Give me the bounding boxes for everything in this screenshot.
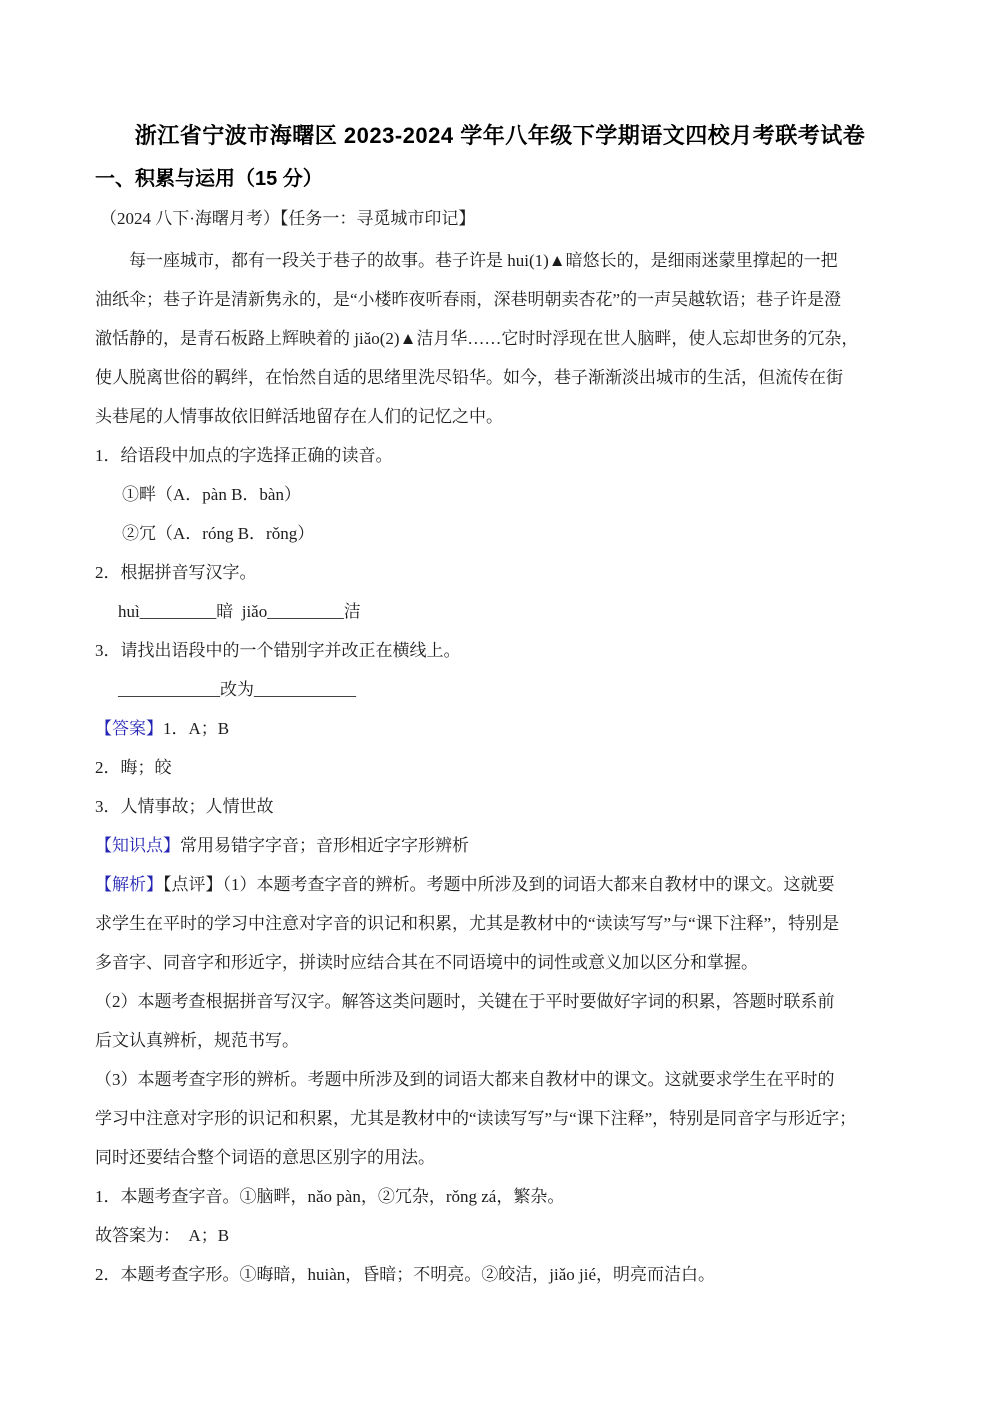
knowledge-point-line: 【知识点】常用易错字字音；音形相近字字形辨析: [95, 826, 905, 865]
answer-label: 【答案】: [95, 719, 163, 738]
analysis-line: 故答案为： A；B: [95, 1216, 905, 1255]
task-source-line: （2024 八下·海曙月考）【任务一：寻觅城市印记】: [95, 202, 905, 236]
passage-block: 每一座城市，都有一段关于巷子的故事。巷子许是 hui(1)▲暗悠长的，是细雨迷蒙…: [95, 241, 905, 436]
answer-block: 【答案】1．A；B 2．晦；皎 3．人情事故；人情世故: [95, 709, 905, 826]
analysis-line: 同时还要结合整个词语的意思区别字的用法。: [95, 1138, 905, 1177]
analysis-line: （3）本题考查字形的辨析。考题中所涉及到的词语大都来自教材中的课文。这就要求学生…: [95, 1060, 905, 1099]
passage-line: 头巷尾的人情事故依旧鲜活地留存在人们的记忆之中。: [95, 397, 905, 436]
answer-text-1: 1．A；B: [163, 719, 229, 738]
passage-line: 每一座城市，都有一段关于巷子的故事。巷子许是 hui(1)▲暗悠长的，是细雨迷蒙…: [95, 241, 905, 280]
questions-block: 1．给语段中加点的字选择正确的读音。 ①畔（A．pàn B．bàn） ②冗（A．…: [95, 436, 905, 709]
answer-line-1: 【答案】1．A；B: [95, 709, 905, 748]
exam-document-page: 浙江省宁波市海曙区 2023-2024 学年八年级下学期语文四校月考联考试卷 一…: [0, 0, 1000, 1414]
question-3-blank-line: ____________改为____________: [95, 670, 905, 709]
passage-line: 使人脱离世俗的羁绊，在怡然自适的思绪里洗尽铅华。如今，巷子渐渐淡出城市的生活，但…: [95, 358, 905, 397]
section-heading: 一、积累与运用（15 分）: [95, 164, 905, 194]
analysis-label: 【解析】: [95, 875, 163, 894]
question-1-option-2: ②冗（A．róng B．rǒng）: [95, 514, 905, 553]
knowledge-point-label: 【知识点】: [95, 836, 180, 855]
analysis-line: （2）本题考查根据拼音写汉字。解答这类问题时，关键在于平时要做好字词的积累，答题…: [95, 982, 905, 1021]
passage-line: 油纸伞；巷子许是清新隽永的，是“小楼昨夜听春雨，深巷明朝卖杏花”的一声吴越软语；…: [95, 280, 905, 319]
analysis-line: 求学生在平时的学习中注意对字音的识记和积累，尤其是教材中的“读读写写”与“课下注…: [95, 904, 905, 943]
passage-line: 澈恬静的，是青石板路上辉映着的 jiǎo(2)▲洁月华……它时时浮现在世人脑畔，…: [95, 319, 905, 358]
analysis-line: 多音字、同音字和形近字，拼读时应结合其在不同语境中的词性或意义加以区分和掌握。: [95, 943, 905, 982]
question-2-blank-line: huì_________暗 jiǎo_________洁: [95, 592, 905, 631]
answer-line-3: 3．人情事故；人情世故: [95, 787, 905, 826]
analysis-line: 后文认真辨析，规范书写。: [95, 1021, 905, 1060]
analysis-block: 【解析】【点评】（1）本题考查字音的辨析。考题中所涉及到的词语大都来自教材中的课…: [95, 865, 905, 1294]
analysis-first-text: 【点评】（1）本题考查字音的辨析。考题中所涉及到的词语大都来自教材中的课文。这就…: [163, 875, 835, 894]
question-2: 2．根据拼音写汉字。: [95, 553, 905, 592]
analysis-line: 2．本题考查字形。①晦暗，huiàn，昏暗；不明亮。②皎洁，jiǎo jié，明…: [95, 1255, 905, 1294]
analysis-line: 学习中注意对字形的识记和积累，尤其是教材中的“读读写写”与“课下注释”，特别是同…: [95, 1099, 905, 1138]
question-3: 3．请找出语段中的一个错别字并改正在横线上。: [95, 631, 905, 670]
knowledge-point-text: 常用易错字字音；音形相近字字形辨析: [180, 836, 469, 855]
analysis-line: 【解析】【点评】（1）本题考查字音的辨析。考题中所涉及到的词语大都来自教材中的课…: [95, 865, 905, 904]
analysis-line: 1．本题考查字音。①脑畔，nǎo pàn，②冗杂，rǒng zá，繁杂。: [95, 1177, 905, 1216]
question-1-option-1: ①畔（A．pàn B．bàn）: [95, 475, 905, 514]
page-title: 浙江省宁波市海曙区 2023-2024 学年八年级下学期语文四校月考联考试卷: [95, 0, 905, 152]
answer-line-2: 2．晦；皎: [95, 748, 905, 787]
question-1: 1．给语段中加点的字选择正确的读音。: [95, 436, 905, 475]
